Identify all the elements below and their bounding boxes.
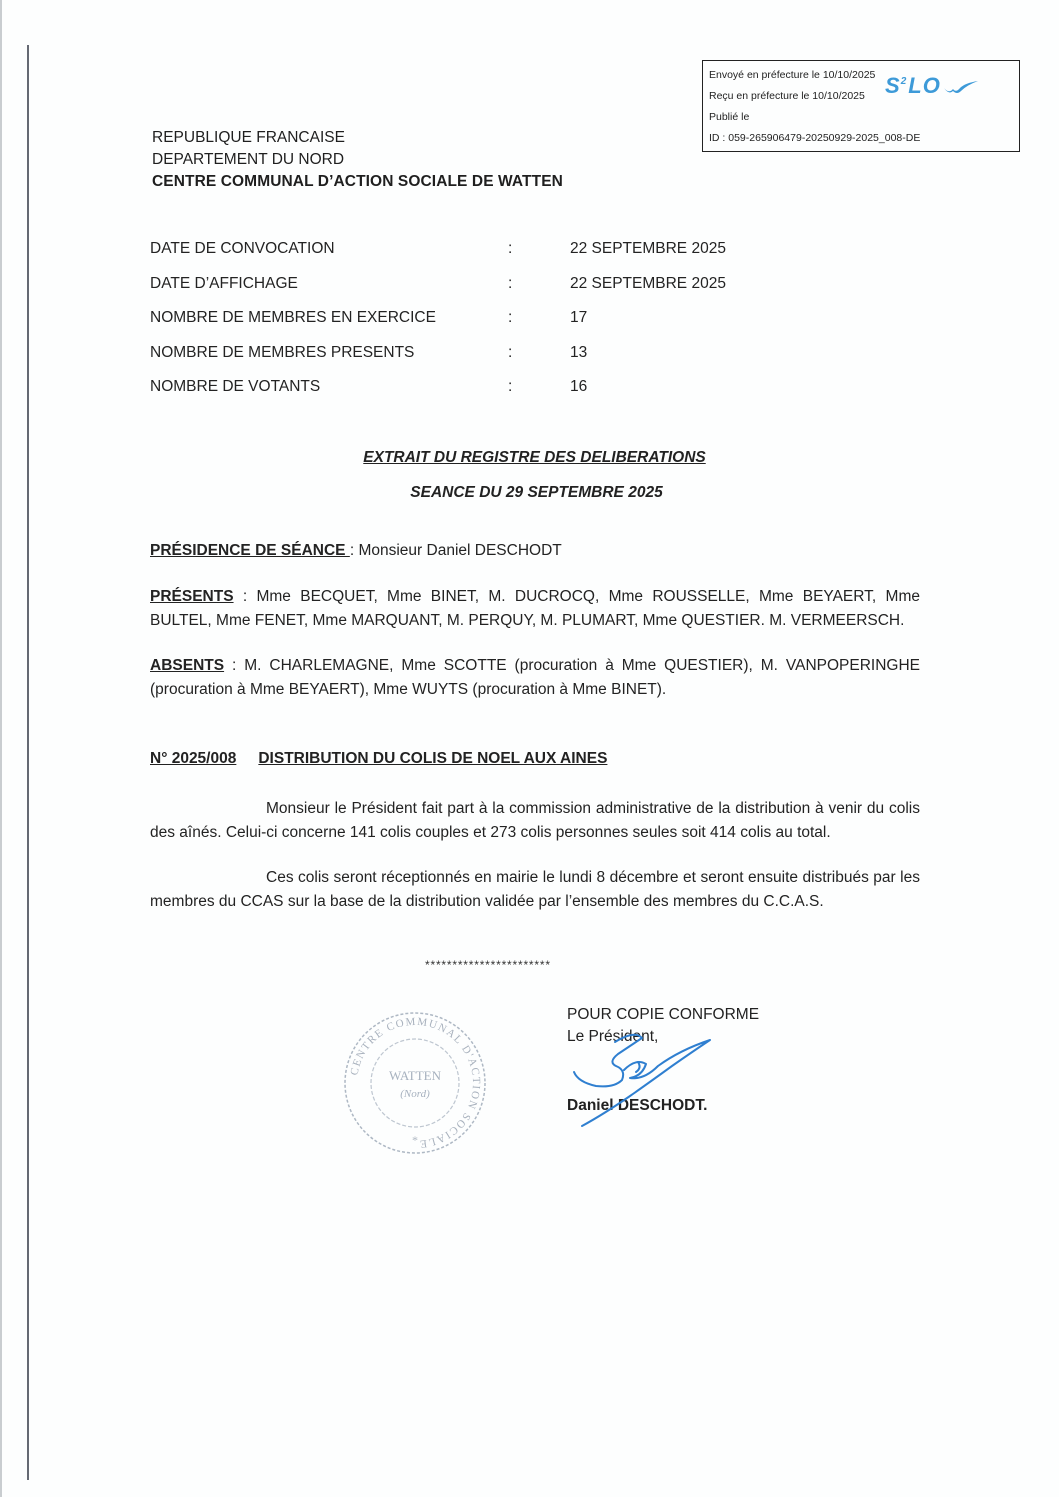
meta-label: NOMBRE DE VOTANTS: [150, 378, 320, 396]
deliberation-paragraph-1: Monsieur le Président fait part à la com…: [150, 797, 920, 844]
s2lo-superscript: 2: [901, 77, 908, 87]
meta-value: 22 SEPTEMBRE 2025: [570, 240, 726, 258]
header-organization: CENTRE COMMUNAL D’ACTION SOCIALE DE WATT…: [152, 171, 563, 193]
meta-separator: :: [508, 275, 512, 293]
absents-label: ABSENTS: [150, 657, 224, 674]
svg-text:*: *: [412, 1133, 418, 1147]
register-title: EXTRAIT DU REGISTRE DES DELIBERATIONS: [0, 449, 1059, 467]
official-seal-stamp: CENTRE COMMUNAL D'ACTION SOCIALE WATTEN …: [340, 1008, 490, 1163]
presents-value: Mme BECQUET, Mme BINET, M. DUCROCQ, Mme …: [150, 588, 920, 629]
deliberation-heading: N° 2025/008DISTRIBUTION DU COLIS DE NOEL…: [150, 750, 607, 768]
meta-label: NOMBRE DE MEMBRES PRESENTS: [150, 344, 414, 362]
presidence-label: PRÉSIDENCE DE SÉANCE: [150, 542, 350, 559]
deliberation-subject: DISTRIBUTION DU COLIS DE NOEL AUX AINES: [258, 750, 607, 767]
meta-label: DATE D’AFFICHAGE: [150, 275, 298, 293]
meta-separator: :: [508, 378, 512, 396]
presents-paragraph: PRÉSENTS : Mme BECQUET, Mme BINET, M. DU…: [150, 585, 920, 632]
separator-stars: ***********************: [425, 958, 551, 972]
meta-separator: :: [508, 309, 512, 327]
presidence-line: PRÉSIDENCE DE SÉANCE : Monsieur Daniel D…: [150, 539, 920, 563]
meta-label: DATE DE CONVOCATION: [150, 240, 335, 258]
header-department: DEPARTEMENT DU NORD: [152, 149, 563, 171]
deliberation-paragraph-1-text: Monsieur le Président fait part à la com…: [150, 800, 920, 841]
s2lo-suffix: LO: [908, 75, 941, 97]
absents-value: M. CHARLEMAGNE, Mme SCOTTE (procuration …: [150, 657, 920, 698]
deliberation-number: N° 2025/008: [150, 750, 236, 767]
document-header: REPUBLIQUE FRANCAISE DEPARTEMENT DU NORD…: [152, 127, 563, 193]
register-title-text: EXTRAIT DU REGISTRE DES DELIBERATIONS: [363, 449, 705, 466]
presidence-value: Monsieur Daniel DESCHODT: [358, 542, 561, 559]
prefecture-id: ID : 059-265906479-20250929-2025_008-DE: [709, 128, 1019, 149]
margin-line: [27, 45, 29, 1480]
absents-paragraph: ABSENTS : M. CHARLEMAGNE, Mme SCOTTE (pr…: [150, 654, 920, 701]
presents-label: PRÉSENTS: [150, 588, 234, 605]
handwritten-signature: [560, 1022, 720, 1137]
absents-separator: :: [224, 657, 244, 674]
prefecture-stamp-box: Envoyé en préfecture le 10/10/2025 Reçu …: [702, 60, 1020, 152]
document-page: Envoyé en préfecture le 10/10/2025 Reçu …: [0, 0, 1059, 1497]
presents-separator: :: [234, 588, 257, 605]
meta-label: NOMBRE DE MEMBRES EN EXERCICE: [150, 309, 436, 327]
header-republic: REPUBLIQUE FRANCAISE: [152, 127, 563, 149]
meta-separator: :: [508, 344, 512, 362]
s2lo-logo: S2LO: [885, 75, 979, 99]
meta-value: 22 SEPTEMBRE 2025: [570, 275, 726, 293]
session-date-title: SEANCE DU 29 SEPTEMBRE 2025: [0, 484, 1059, 502]
stamp-center-line2: (Nord): [400, 1088, 430, 1100]
meta-value: 17: [570, 309, 587, 327]
checkmark-swoosh-icon: [943, 77, 979, 99]
page-edge: [0, 0, 2, 1497]
meta-separator: :: [508, 240, 512, 258]
meta-value: 13: [570, 344, 587, 362]
s2lo-prefix: S: [885, 75, 901, 97]
stamp-center-line1: WATTEN: [389, 1068, 442, 1083]
deliberation-paragraph-2: Ces colis seront réceptionnés en mairie …: [150, 866, 920, 913]
deliberation-paragraph-2-text: Ces colis seront réceptionnés en mairie …: [150, 869, 920, 910]
meta-value: 16: [570, 378, 587, 396]
prefecture-published: Publié le: [709, 107, 1019, 128]
